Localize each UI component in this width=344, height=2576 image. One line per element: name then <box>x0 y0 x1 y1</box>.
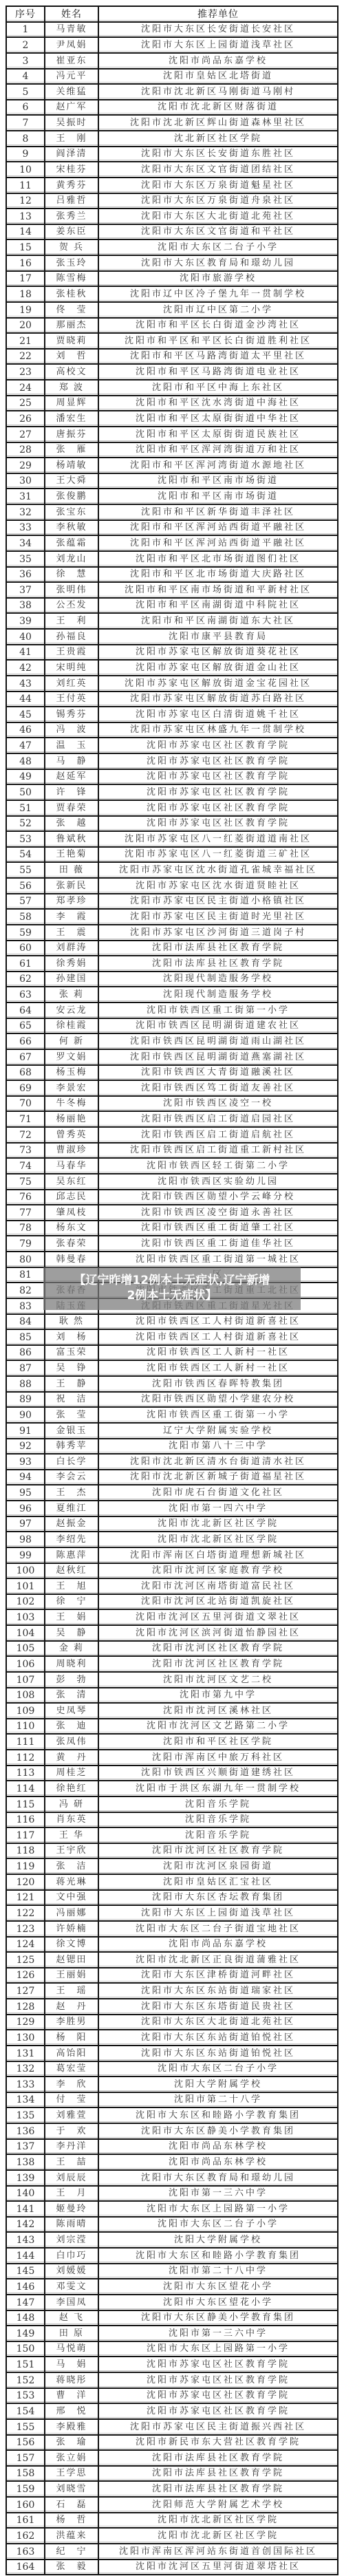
table-row: 85刘 杨沈阳市铁西区工人村街道新喜社区 <box>6 1329 338 1345</box>
row-unit-cell: 沈阳市苏家屯区解放街道葵花社区 <box>98 645 338 661</box>
row-index: 66 <box>7 1035 44 1049</box>
row-name-cell: 杨 哲 <box>45 2513 98 2529</box>
row-unit-cell: 沈阳市大东区东站街道铂悦社区 <box>98 2046 338 2061</box>
row-name: 张新民 <box>45 879 98 893</box>
row-name-cell: 文中强 <box>45 1890 98 1906</box>
header-index: 序号 <box>6 6 45 22</box>
table-row: 72曾秀英沈阳市铁西区启工街道启航社区 <box>6 1127 338 1143</box>
table-row: 94李会云沈阳市沈北新区新城子街道福星社区 <box>6 1470 338 1485</box>
row-index: 4 <box>7 69 44 83</box>
row-unit-cell: 沈阳市苏家屯区社区教育学院 <box>98 738 338 753</box>
table-row: 143刘宗滢沈阳大学附属学校 <box>6 2232 338 2248</box>
table-row: 49赵延军沈阳市苏家屯区社区教育学院 <box>6 769 338 785</box>
row-index: 61 <box>7 957 44 971</box>
row-index-cell: 55 <box>6 862 45 878</box>
row-name: 贾春荣 <box>45 802 98 815</box>
row-name-cell: 王 静 <box>45 1376 98 1392</box>
row-unit: 沈阳市铁西区工人新村一社区 <box>99 1362 337 1375</box>
row-index-cell: 163 <box>6 2544 45 2559</box>
row-unit-cell: 沈阳市苏家屯区解放街道金宝花园社区 <box>98 676 338 691</box>
row-index-cell: 147 <box>6 2295 45 2310</box>
row-index-cell: 9 <box>6 147 45 162</box>
row-index: 42 <box>7 661 44 675</box>
row-unit-cell: 沈阳市铁西区昆明湖街道建农社区 <box>98 1018 338 1034</box>
row-unit-cell: 沈阳市沈北新区社区学院 <box>98 2513 338 2529</box>
row-index: 114 <box>7 1782 44 1796</box>
table-row: 66何 新沈阳市铁西区昆明湖街道雨山湖社区 <box>6 1033 338 1049</box>
row-name-cell: 赵锶田 <box>45 1952 98 1968</box>
row-unit: 沈阳市铁西区昆明湖街道雨山湖社区 <box>99 1035 337 1049</box>
table-row: 158王学思沈阳市法库县社区教育学院 <box>6 2466 338 2482</box>
row-name-cell: 张立娟 <box>45 2450 98 2466</box>
row-index: 111 <box>7 1735 44 1749</box>
row-name-cell: 王 月 <box>45 2186 98 2202</box>
row-index-cell: 16 <box>6 255 45 271</box>
row-unit: 沈阳现代制造服务学校 <box>99 972 337 986</box>
row-index-cell: 149 <box>6 2326 45 2341</box>
table-row: 60刘群涛沈阳市法库县社区教育学院 <box>6 941 338 956</box>
row-index-cell: 116 <box>6 1812 45 1828</box>
row-index-cell: 152 <box>6 2372 45 2388</box>
row-unit: 沈阳市铁西区启工街道启园社区 <box>99 1113 337 1126</box>
table-row: 97赵振金沈阳市沈北新区社区学院 <box>6 1516 338 1532</box>
row-name: 刘 哲 <box>45 350 98 363</box>
row-name: 徐文博 <box>45 1938 98 1951</box>
row-unit: 沈阳市铁西区昆明湖街道建农社区 <box>99 1019 337 1033</box>
row-index-cell: 160 <box>6 2497 45 2513</box>
table-row: 120蒋光琳沈阳市皇姑区汇宝社区 <box>6 1874 338 1890</box>
row-unit: 沈阳市铁西区笃工街道友善社区 <box>99 1082 337 1095</box>
row-name: 刘媛媛 <box>45 2264 98 2278</box>
row-unit: 沈阳市沈北新区马刚街道马刚村 <box>99 85 337 99</box>
row-index: 68 <box>7 1066 44 1080</box>
table-row: 54王艳菊沈阳市苏家屯区八一红菱街道三矿社区 <box>6 847 338 863</box>
table-row: 45锡秀芬沈阳市苏家屯区白清街道姚千社区 <box>6 707 338 722</box>
row-index-cell: 38 <box>6 598 45 614</box>
row-index-cell: 17 <box>6 271 45 287</box>
row-name: 王艳菊 <box>45 848 98 861</box>
table-row: 92韩秀苹沈阳市第八十三中学 <box>6 1439 338 1455</box>
row-name: 王付英 <box>45 692 98 706</box>
row-name: 金银玉 <box>45 1424 98 1438</box>
row-name-cell: 王艳菊 <box>45 847 98 863</box>
table-row: 46冯 波沈阳市苏家屯区林盛九年一贯制学校 <box>6 722 338 738</box>
row-unit: 沈阳市沈北新区辉山街道森林里社区 <box>99 116 337 130</box>
table-row: 105金 莉沈阳市沈河区社区教育学院 <box>6 1641 338 1657</box>
row-name: 史凤琴 <box>45 1704 98 1718</box>
row-index-cell: 124 <box>6 1937 45 1953</box>
row-index: 147 <box>7 2296 44 2310</box>
row-name: 刘群涛 <box>45 941 98 955</box>
row-unit-cell: 沈阳市沈北新区马刚街道马刚村 <box>98 84 338 100</box>
row-unit: 沈阳市大东区静美小学教育集团 <box>99 2125 337 2138</box>
row-unit: 沈阳市铁西区凌空一校 <box>99 1097 337 1110</box>
row-index: 33 <box>7 521 44 535</box>
row-index: 117 <box>7 1829 44 1843</box>
row-index-cell: 4 <box>6 69 45 85</box>
row-unit-cell: 沈阳市和平区南市场街道和平新村社区 <box>98 582 338 598</box>
row-name-cell: 张 雁 <box>45 442 98 458</box>
row-name-cell: 张 莉 <box>45 987 98 1002</box>
table-row: 56张新民沈阳市苏家屯区沈水街道贤睦社区 <box>6 878 338 894</box>
row-name-cell: 冯元平 <box>45 69 98 85</box>
row-index: 105 <box>7 1642 44 1655</box>
row-index-cell: 50 <box>6 784 45 800</box>
row-unit-cell: 沈阳市苏家屯区社区教育学院 <box>98 769 338 785</box>
row-unit: 沈阳市铁西区重工街道佳华社区 <box>99 1237 337 1251</box>
table-row: 51贾春荣沈阳市苏家屯区社区教育学院 <box>6 800 338 816</box>
row-unit: 沈阳市沈河区家庭教育学校 <box>99 1564 337 1578</box>
row-unit: 沈阳市沈北新区社区学院 <box>99 2529 337 2543</box>
row-unit-cell: 沈北新区社区学院 <box>98 131 338 147</box>
row-index-cell: 46 <box>6 722 45 738</box>
row-index-cell: 140 <box>6 2186 45 2202</box>
row-index-cell: 64 <box>6 1002 45 1018</box>
row-unit: 沈阳市铁西区实验幼儿园 <box>99 1175 337 1189</box>
row-unit-cell: 沈阳市沈河区泉园街道 <box>98 1858 338 1874</box>
row-unit: 沈阳市苏家屯区林盛九年一贯制学校 <box>99 723 337 737</box>
row-index: 10 <box>7 163 44 177</box>
row-index-cell: 157 <box>6 2450 45 2466</box>
table-row: 35刘龙山沈阳市和平区北市场街道图们社区 <box>6 551 338 567</box>
row-index: 138 <box>7 2156 44 2169</box>
table-row: 18张桂秋沈阳市辽中区冷子堡九年一贯制学校 <box>6 286 338 302</box>
row-index: 154 <box>7 2405 44 2418</box>
row-unit-cell: 沈阳市浑南区中旅万科社区 <box>98 1750 338 1765</box>
row-index-cell: 150 <box>6 2341 45 2357</box>
row-name: 石 磊 <box>45 2498 98 2512</box>
row-index: 49 <box>7 770 44 784</box>
row-index-cell: 100 <box>6 1563 45 1579</box>
row-name-cell: 徐 慧 <box>45 567 98 583</box>
row-index-cell: 59 <box>6 925 45 941</box>
row-unit-cell: 沈阳市铁西区凌空街道永善社区 <box>98 1205 338 1221</box>
table-row: 9阎泽清沈阳市大东区长安街道东胜社区 <box>6 147 338 162</box>
row-index: 87 <box>7 1362 44 1375</box>
row-index: 158 <box>7 2467 44 2480</box>
row-name: 王 静 <box>45 1377 98 1391</box>
row-index: 97 <box>7 1517 44 1531</box>
row-unit-cell: 沈阳市苏家屯区社区教育学院 <box>98 2372 338 2388</box>
row-unit-cell: 沈阳市新民市东大营社区教育学院 <box>98 2435 338 2451</box>
row-name-cell: 杨 阳 <box>45 2030 98 2046</box>
row-index-cell: 136 <box>6 2123 45 2139</box>
row-index-cell: 66 <box>6 1033 45 1049</box>
row-unit: 沈阳市和平区马路湾街道太平里社区 <box>99 350 337 363</box>
row-unit-cell: 沈阳市大东区文官街道和平社区 <box>98 224 338 240</box>
header-name: 姓名 <box>45 6 98 22</box>
row-name-cell: 金银玉 <box>45 1423 98 1439</box>
row-name-cell: 赵秋红 <box>45 1563 98 1579</box>
row-name: 潘宏生 <box>45 412 98 426</box>
row-unit: 沈阳市法库县社区教育学院 <box>99 2482 337 2496</box>
table-row: 132葛宏莹沈阳市大东区二台子小学 <box>6 2061 338 2077</box>
row-name: 张明伟 <box>45 583 98 597</box>
table-row: 138王 喆沈阳市尚品东林学校 <box>6 2154 338 2170</box>
row-name-cell: 张 清 <box>45 1688 98 1704</box>
row-unit: 沈阳市第二十八学 <box>99 2093 337 2107</box>
row-name: 李 欣 <box>45 2078 98 2092</box>
table-row: 5关维猛沈阳市沈北新区马刚街道马刚村 <box>6 84 338 100</box>
row-index-cell: 74 <box>6 1158 45 1174</box>
row-name-cell: 刘媛媛 <box>45 2264 98 2279</box>
row-unit: 沈阳市沈河区五里河街道翠塔社区 <box>99 2560 337 2574</box>
row-index: 136 <box>7 2125 44 2138</box>
row-unit: 沈阳市沈河区社区教育学院 <box>99 1844 337 1858</box>
row-index: 53 <box>7 833 44 846</box>
table-row: 133李 欣沈阳大学附属学校 <box>6 2076 338 2092</box>
row-unit-cell: 沈阳市大东区上园路第一小学 <box>98 2201 338 2217</box>
table-row: 149田 原沈阳市第一三六中学 <box>6 2326 338 2341</box>
row-name: 姜东臣 <box>45 225 98 239</box>
row-unit-cell: 沈阳市和平区中海上东社区 <box>98 380 338 396</box>
row-index: 162 <box>7 2529 44 2543</box>
row-name: 高校文 <box>45 365 98 379</box>
row-index: 163 <box>7 2545 44 2559</box>
row-index-cell: 60 <box>6 941 45 956</box>
row-unit: 沈阳市和平区北市场街道大庆路社区 <box>99 568 337 581</box>
row-unit: 沈阳市和平区浑河湾街道万和社区 <box>99 443 337 457</box>
table-row: 145刘媛媛沈阳市第二十八中学 <box>6 2264 338 2279</box>
row-index: 1 <box>7 23 44 36</box>
row-unit-cell: 沈阳市苏家屯区民主街道小格镇社区 <box>98 894 338 910</box>
row-name: 祝 洁 <box>45 1393 98 1406</box>
row-name-cell: 蒋光琳 <box>45 1874 98 1890</box>
row-index-cell: 10 <box>6 162 45 178</box>
row-unit: 沈阳市和平区南湖街道中科院社区 <box>99 599 337 612</box>
row-name: 赵秋红 <box>45 1564 98 1578</box>
row-name-cell: 吴振时 <box>45 115 98 131</box>
row-name: 吕雅哲 <box>45 194 98 208</box>
row-name-cell: 王 利 <box>45 613 98 629</box>
row-name-cell: 黄 丹 <box>45 1750 98 1765</box>
row-name: 锡秀芬 <box>45 708 98 722</box>
table-row: 10宋桂芬沈阳市大东区文官街道团结社区 <box>6 162 338 178</box>
news-headline-overlay[interactable]: 【辽宁昨增12例本土无症状,辽宁新增 2例本土无症状】 <box>43 1267 301 1310</box>
row-unit: 沈阳市苏家屯区社区教育学院 <box>99 817 337 830</box>
row-unit: 沈阳市辽中区第二小学 <box>99 303 337 317</box>
row-name-cell: 王贵霞 <box>45 645 98 661</box>
row-index: 102 <box>7 1595 44 1609</box>
row-unit: 沈阳市和平区和平区长白街道胜利社区 <box>99 334 337 348</box>
row-index: 86 <box>7 1346 44 1360</box>
row-name: 刘晓雪 <box>45 2482 98 2496</box>
table-row: 128赵 丹沈阳市大东区东塔街道民贵社区 <box>6 1999 338 2015</box>
row-name: 曹淑珍 <box>45 1144 98 1157</box>
row-index-cell: 92 <box>6 1439 45 1455</box>
row-unit: 沈阳市沈河区文艺二校 <box>99 1673 337 1687</box>
row-index-cell: 117 <box>6 1827 45 1843</box>
row-unit-cell: 沈阳市大东区教育局和璟幼儿园 <box>98 255 338 271</box>
row-name: 邓雯文 <box>45 2280 98 2294</box>
row-unit: 沈阳市大东区静美小学教育集团 <box>99 2311 337 2325</box>
table-row: 103王 娟沈阳市沈河区五里河街道文翠社区 <box>6 1609 338 1625</box>
row-index-cell: 69 <box>6 1080 45 1096</box>
row-name-cell: 刘红英 <box>45 676 98 691</box>
row-unit-cell: 沈阳市铁西区工人新村一社区 <box>98 1360 338 1376</box>
row-index: 76 <box>7 1190 44 1204</box>
row-unit-cell: 沈阳市第八十三中学 <box>98 1439 338 1455</box>
row-name: 赵 飞 <box>45 2311 98 2325</box>
row-unit-cell: 沈阳市沈北新区新城子街道福星社区 <box>98 1470 338 1485</box>
row-index: 48 <box>7 755 44 769</box>
row-index-cell: 128 <box>6 1999 45 2015</box>
row-unit: 沈阳市苏家屯区社区教育学院 <box>99 2405 337 2418</box>
row-index: 54 <box>7 848 44 861</box>
row-name: 刘宗滢 <box>45 2233 98 2247</box>
table-row: 16张玉玲沈阳市大东区教育局和璟幼儿园 <box>6 255 338 271</box>
row-index: 101 <box>7 1580 44 1593</box>
table-row: 93白长学沈阳市沈北新区清水台街道清水社区 <box>6 1454 338 1470</box>
row-unit-cell: 沈阳市大东区杏坛教育集团 <box>98 1890 338 1906</box>
row-name-cell: 王 震 <box>45 925 98 941</box>
row-name-cell: 陈雨晴 <box>45 2217 98 2233</box>
row-unit: 沈阳音乐学院 <box>99 1798 337 1812</box>
row-index-cell: 71 <box>6 1111 45 1127</box>
row-unit: 沈阳市苏家屯区社区教育学院 <box>99 802 337 815</box>
table-row: 27唐振芬沈阳市和平区太原街街道民族社区 <box>6 427 338 442</box>
table-row: 67罗文娟沈阳市铁西区昆明湖街道燕塞湖社区 <box>6 1049 338 1065</box>
row-index: 55 <box>7 863 44 877</box>
row-name-cell: 曾秀英 <box>45 1127 98 1143</box>
row-unit: 沈阳市康平县教育局 <box>99 630 337 644</box>
table-row: 17陈雪梅沈阳市旅游学校 <box>6 271 338 287</box>
table-row: 80韩曼春沈阳市铁西区重工街道第一城社区 <box>6 1252 338 1267</box>
row-unit-cell: 沈阳师范大学附属艺术学校 <box>98 2497 338 2513</box>
row-unit-cell: 沈阳市沈河区社区教育学院 <box>98 1641 338 1657</box>
row-index-cell: 112 <box>6 1750 45 1765</box>
row-unit-cell: 沈阳市铁西区勋望小学建农分校 <box>98 1392 338 1408</box>
row-name: 张宝东 <box>45 506 98 519</box>
row-name: 周晓利 <box>45 1657 98 1671</box>
row-name-cell: 李殿雅 <box>45 2419 98 2435</box>
row-unit-cell: 沈阳市沈河区五里河街道翠塔社区 <box>98 2559 338 2575</box>
row-unit-cell: 沈阳市沈北新区正良街道蒲雅社区 <box>98 1952 338 1968</box>
row-index: 65 <box>7 1019 44 1033</box>
row-name: 尹凤娟 <box>45 39 98 52</box>
table-row: 144白巾巧沈阳市大东区和睦路小学教育集团 <box>6 2248 338 2264</box>
row-unit-cell: 沈阳市和平区和平区长白街道胜利社区 <box>98 333 338 349</box>
row-name-cell: 葛宏莹 <box>45 2061 98 2077</box>
table-row: 124徐文博沈阳市尚品东嘉学校 <box>6 1937 338 1953</box>
table-row: 65徐桂霞沈阳市铁西区昆明湖街道建农社区 <box>6 1018 338 1034</box>
row-name-cell: 白长学 <box>45 1454 98 1470</box>
row-unit-cell: 沈阳市铁西区春晖特教集团 <box>98 1376 338 1392</box>
row-unit-cell: 沈阳市大东区和睦路小学教育集团 <box>98 2107 338 2123</box>
row-index-cell: 110 <box>6 1719 45 1735</box>
table-row: 29杨靖敏沈阳市和平区浑河湾街道水源地社区 <box>6 458 338 473</box>
row-index: 67 <box>7 1051 44 1064</box>
row-name: 纪 宁 <box>45 2545 98 2559</box>
row-index: 3 <box>7 54 44 68</box>
table-row: 62孙建国沈阳现代制造服务学校 <box>6 972 338 987</box>
table-row: 13张秀兰沈阳市大东区大北街道北苑社区 <box>6 208 338 224</box>
row-index-cell: 41 <box>6 645 45 661</box>
row-name: 那丽杰 <box>45 319 98 332</box>
table-row: 153曹 洋沈阳市苏家屯区社区教育学院 <box>6 2388 338 2404</box>
row-unit: 沈阳市和平区南市场街道和平新村社区 <box>99 583 337 597</box>
table-row: 4冯元平沈阳市皇姑区北塔街道 <box>6 69 338 85</box>
row-name: 曾秀英 <box>45 1128 98 1142</box>
row-index: 31 <box>7 490 44 504</box>
row-unit: 沈阳市大东区上园街道浅草社区 <box>99 1907 337 1920</box>
row-unit: 沈阳市铁西区昆明湖街道燕塞湖社区 <box>99 1051 337 1064</box>
row-unit-cell: 沈阳市尚品东嘉学校 <box>98 53 338 69</box>
row-index-cell: 113 <box>6 1765 45 1781</box>
row-name-cell: 陈惠萍 <box>45 1547 98 1563</box>
row-index: 82 <box>7 1284 44 1298</box>
row-name-cell: 宋明纯 <box>45 660 98 676</box>
table-row: 8王 刚沈北新区社区学院 <box>6 131 338 147</box>
row-name-cell: 金 莉 <box>45 1641 98 1657</box>
row-name-cell: 李绍先 <box>45 1532 98 1547</box>
row-index-cell: 82 <box>6 1282 45 1298</box>
row-unit: 沈阳市大东区长安街道长安社区 <box>99 23 337 36</box>
row-name-cell: 王学思 <box>45 2466 98 2482</box>
row-unit: 沈阳市法库县社区教育学院 <box>99 941 337 955</box>
row-unit: 沈阳市苏家屯区社区教育学院 <box>99 2389 337 2403</box>
row-index: 71 <box>7 1113 44 1126</box>
row-unit: 沈阳市浑南区浑河站东街道首创国际社区 <box>99 2545 337 2559</box>
row-name-cell: 史凤琴 <box>45 1703 98 1719</box>
row-unit: 沈阳市大东区东站街道铂悦社区 <box>99 2047 337 2061</box>
row-unit-cell: 沈阳市大东区东塔街道民贵社区 <box>98 1999 338 2015</box>
row-name-cell: 曹 洋 <box>45 2388 98 2404</box>
row-index-cell: 126 <box>6 1968 45 1984</box>
row-name: 安云龙 <box>45 1004 98 1018</box>
row-unit: 沈阳市苏家屯区社区教育学院 <box>99 739 337 753</box>
row-unit-cell: 沈阳市大东区长安街道长安社区 <box>98 22 338 38</box>
row-unit: 沈阳市第二十八中学 <box>99 2264 337 2278</box>
row-index-cell: 90 <box>6 1407 45 1423</box>
row-name: 曹 洋 <box>45 2389 98 2403</box>
row-index-cell: 75 <box>6 1174 45 1190</box>
row-name-cell: 马青敏 <box>45 22 98 38</box>
row-name-cell: 孙福良 <box>45 629 98 645</box>
row-unit-cell: 沈阳市大东区文官街道团结社区 <box>98 162 338 178</box>
table-row: 61徐秀娟沈阳市法库县社区教育学院 <box>6 956 338 972</box>
row-index-cell: 54 <box>6 847 45 863</box>
row-index: 24 <box>7 381 44 395</box>
row-name-cell: 黄秀芬 <box>45 178 98 193</box>
row-unit: 沈阳市尚品东嘉学校 <box>99 1938 337 1951</box>
row-unit-cell: 沈阳市铁西区重工街第一小学 <box>98 1002 338 1018</box>
row-index: 73 <box>7 1144 44 1157</box>
row-index: 9 <box>7 147 44 161</box>
row-name-cell: 李丹洋 <box>45 2139 98 2155</box>
row-name-cell: 李景宏 <box>45 1080 98 1096</box>
table-row: 140王 月沈阳市第一三六中学 <box>6 2186 338 2202</box>
row-unit: 沈阳市铁西区重工街第一小学 <box>99 1004 337 1018</box>
row-name-cell: 杨东文 <box>45 1221 98 1236</box>
row-name: 耿 然 <box>45 1315 98 1329</box>
row-name-cell: 徐秀娟 <box>45 956 98 972</box>
row-unit-cell: 沈阳市苏家屯区白清街道姚千社区 <box>98 707 338 722</box>
row-unit-cell: 沈阳市铁西区实验幼儿园 <box>98 1174 338 1190</box>
row-unit: 沈阳市沈北新区财落街道 <box>99 100 337 114</box>
row-name-cell: 郑 波 <box>45 380 98 396</box>
row-unit: 沈阳大学附属学校 <box>99 2233 337 2247</box>
row-unit-cell: 沈阳市铁西区轻工街第二小学 <box>98 1158 338 1174</box>
row-unit-cell: 沈阳市铁西区重工街道佳华社区 <box>98 1236 338 1252</box>
row-unit-cell: 沈阳市和平区南市场街道 <box>98 473 338 489</box>
row-name-cell: 高饴阳 <box>45 2046 98 2061</box>
row-name-cell: 张凤伟 <box>45 1734 98 1750</box>
row-name: 黄 丹 <box>45 1751 98 1765</box>
row-index-cell: 105 <box>6 1641 45 1657</box>
row-unit-cell: 沈阳市第一四六中学 <box>98 1501 338 1516</box>
row-index: 41 <box>7 645 44 659</box>
